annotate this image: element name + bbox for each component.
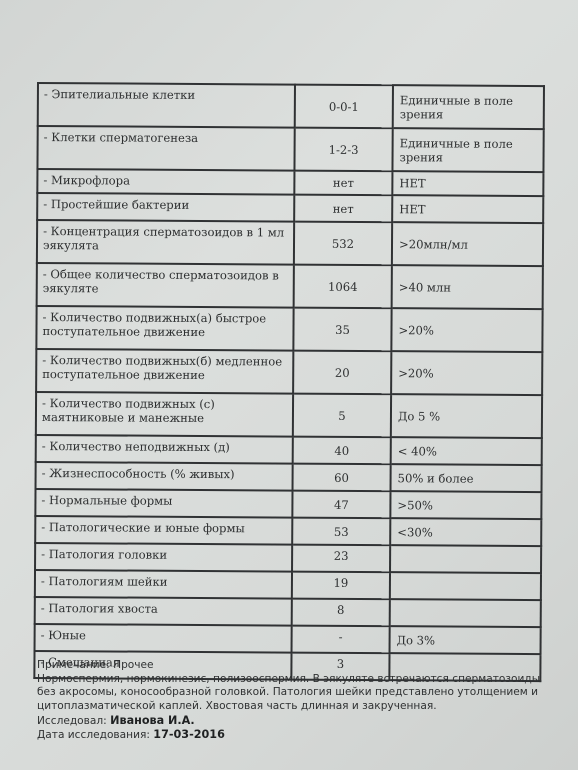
row-reference bbox=[390, 599, 541, 627]
row-value: 1-2-3 bbox=[294, 128, 392, 172]
row-reference bbox=[390, 572, 541, 600]
row-value: 35 bbox=[293, 308, 391, 352]
row-reference: Единичные в поле зрения bbox=[392, 128, 543, 172]
note-title: Примечание: Прочее bbox=[37, 659, 547, 673]
table-row: - Жизнеспособность (% живых) 60 50% и бо… bbox=[36, 462, 542, 492]
row-value: 23 bbox=[292, 545, 390, 573]
date-value: 17-03-2016 bbox=[153, 728, 225, 741]
row-reference: <30% bbox=[390, 518, 541, 546]
row-name: - Количество подвижных(а) быстрое поступ… bbox=[36, 306, 293, 351]
row-reference: >40 млн bbox=[392, 265, 543, 309]
row-reference: НЕТ bbox=[392, 171, 543, 196]
row-name: - Количество неподвижных (д) bbox=[36, 435, 293, 464]
table-row: - Количество подвижных (с) маятниковые и… bbox=[36, 392, 542, 438]
table-row: - Эпителиальные клетки 0-0-1 Единичные в… bbox=[38, 83, 544, 129]
row-value: 53 bbox=[292, 518, 390, 546]
table-row: - Количество неподвижных (д) 40 < 40% bbox=[36, 435, 542, 465]
table-row: - Патологические и юные формы 53 <30% bbox=[35, 516, 541, 546]
examiner-line: Исследовал: Иванова И.А. bbox=[37, 714, 225, 728]
row-value: 532 bbox=[294, 222, 392, 266]
row-name: - Концентрация сперматозоидов в 1 мл эяк… bbox=[37, 220, 294, 265]
note-body: Нормоспермия, нормокинезис, полизоосперм… bbox=[37, 673, 547, 714]
row-value: 47 bbox=[292, 491, 390, 519]
row-name: - Юные bbox=[35, 624, 292, 653]
examiner-name: Иванова И.А. bbox=[110, 714, 194, 727]
row-value: нет bbox=[294, 195, 392, 223]
table-row: - Патология головки 23 bbox=[35, 543, 541, 573]
row-reference: >20% bbox=[391, 308, 542, 352]
date-label: Дата исследования: bbox=[37, 729, 150, 741]
row-reference: До 3% bbox=[390, 626, 541, 654]
table-row: - Клетки сперматогенеза 1-2-3 Единичные … bbox=[37, 126, 543, 172]
row-name: - Общее количество сперматозоидов в эяку… bbox=[37, 263, 294, 308]
table-row: - Количество подвижных(б) медленное пост… bbox=[36, 349, 542, 395]
table-row: - Простейшие бактерии нет НЕТ bbox=[37, 193, 543, 223]
row-name: - Эпителиальные клетки bbox=[38, 83, 295, 128]
results-table: - Эпителиальные клетки 0-0-1 Единичные в… bbox=[33, 82, 545, 682]
row-name: - Количество подвижных(б) медленное пост… bbox=[36, 349, 293, 394]
signature-section: Исследовал: Иванова И.А. Дата исследован… bbox=[37, 714, 225, 742]
row-name: - Патология головки bbox=[35, 543, 292, 572]
table-row: - Патология хвоста 8 bbox=[35, 597, 541, 627]
note-section: Примечание: Прочее Нормоспермия, нормоки… bbox=[37, 659, 547, 713]
table-row: - Нормальные формы 47 >50% bbox=[35, 489, 541, 519]
table-row: - Концентрация сперматозоидов в 1 мл эяк… bbox=[37, 220, 543, 266]
row-reference: >20% bbox=[391, 351, 542, 395]
row-name: - Микрофлора bbox=[37, 169, 294, 195]
row-value: 60 bbox=[293, 464, 391, 492]
table-row: - Юные - До 3% bbox=[35, 624, 541, 654]
row-name: - Патологические и юные формы bbox=[35, 516, 292, 545]
row-name: - Клетки сперматогенеза bbox=[37, 126, 294, 171]
row-value: 40 bbox=[293, 437, 391, 465]
date-line: Дата исследования: 17-03-2016 bbox=[37, 728, 225, 742]
examiner-label: Исследовал: bbox=[37, 715, 107, 727]
row-reference: < 40% bbox=[391, 437, 542, 465]
row-reference: >20млн/мл bbox=[392, 222, 543, 266]
row-reference: До 5 % bbox=[391, 394, 542, 438]
table-row: - Общее количество сперматозоидов в эяку… bbox=[37, 263, 543, 309]
row-value: 1064 bbox=[294, 265, 392, 309]
row-name: - Патологиям шейки bbox=[35, 570, 292, 599]
table-row: - Микрофлора нет НЕТ bbox=[37, 169, 543, 196]
row-reference bbox=[390, 545, 541, 573]
row-name: - Простейшие бактерии bbox=[37, 193, 294, 222]
row-reference: >50% bbox=[390, 491, 541, 519]
row-value: - bbox=[292, 626, 390, 654]
row-value: нет bbox=[294, 171, 392, 196]
row-reference: НЕТ bbox=[392, 195, 543, 223]
row-reference: Единичные в поле зрения bbox=[393, 85, 544, 129]
row-value: 19 bbox=[292, 572, 390, 600]
table-row: - Патологиям шейки 19 bbox=[35, 570, 541, 600]
row-value: 0-0-1 bbox=[295, 85, 393, 129]
row-name: - Количество подвижных (с) маятниковые и… bbox=[36, 392, 293, 437]
row-value: 8 bbox=[292, 599, 390, 627]
row-value: 5 bbox=[293, 394, 391, 438]
row-name: - Нормальные формы bbox=[35, 489, 292, 518]
table-row: - Количество подвижных(а) быстрое поступ… bbox=[36, 306, 542, 352]
row-name: - Патология хвоста bbox=[35, 597, 292, 626]
row-value: 20 bbox=[293, 351, 391, 395]
row-reference: 50% и более bbox=[391, 464, 542, 492]
row-name: - Жизнеспособность (% живых) bbox=[36, 462, 293, 491]
paper-sheet: - Эпителиальные клетки 0-0-1 Единичные в… bbox=[0, 0, 578, 770]
